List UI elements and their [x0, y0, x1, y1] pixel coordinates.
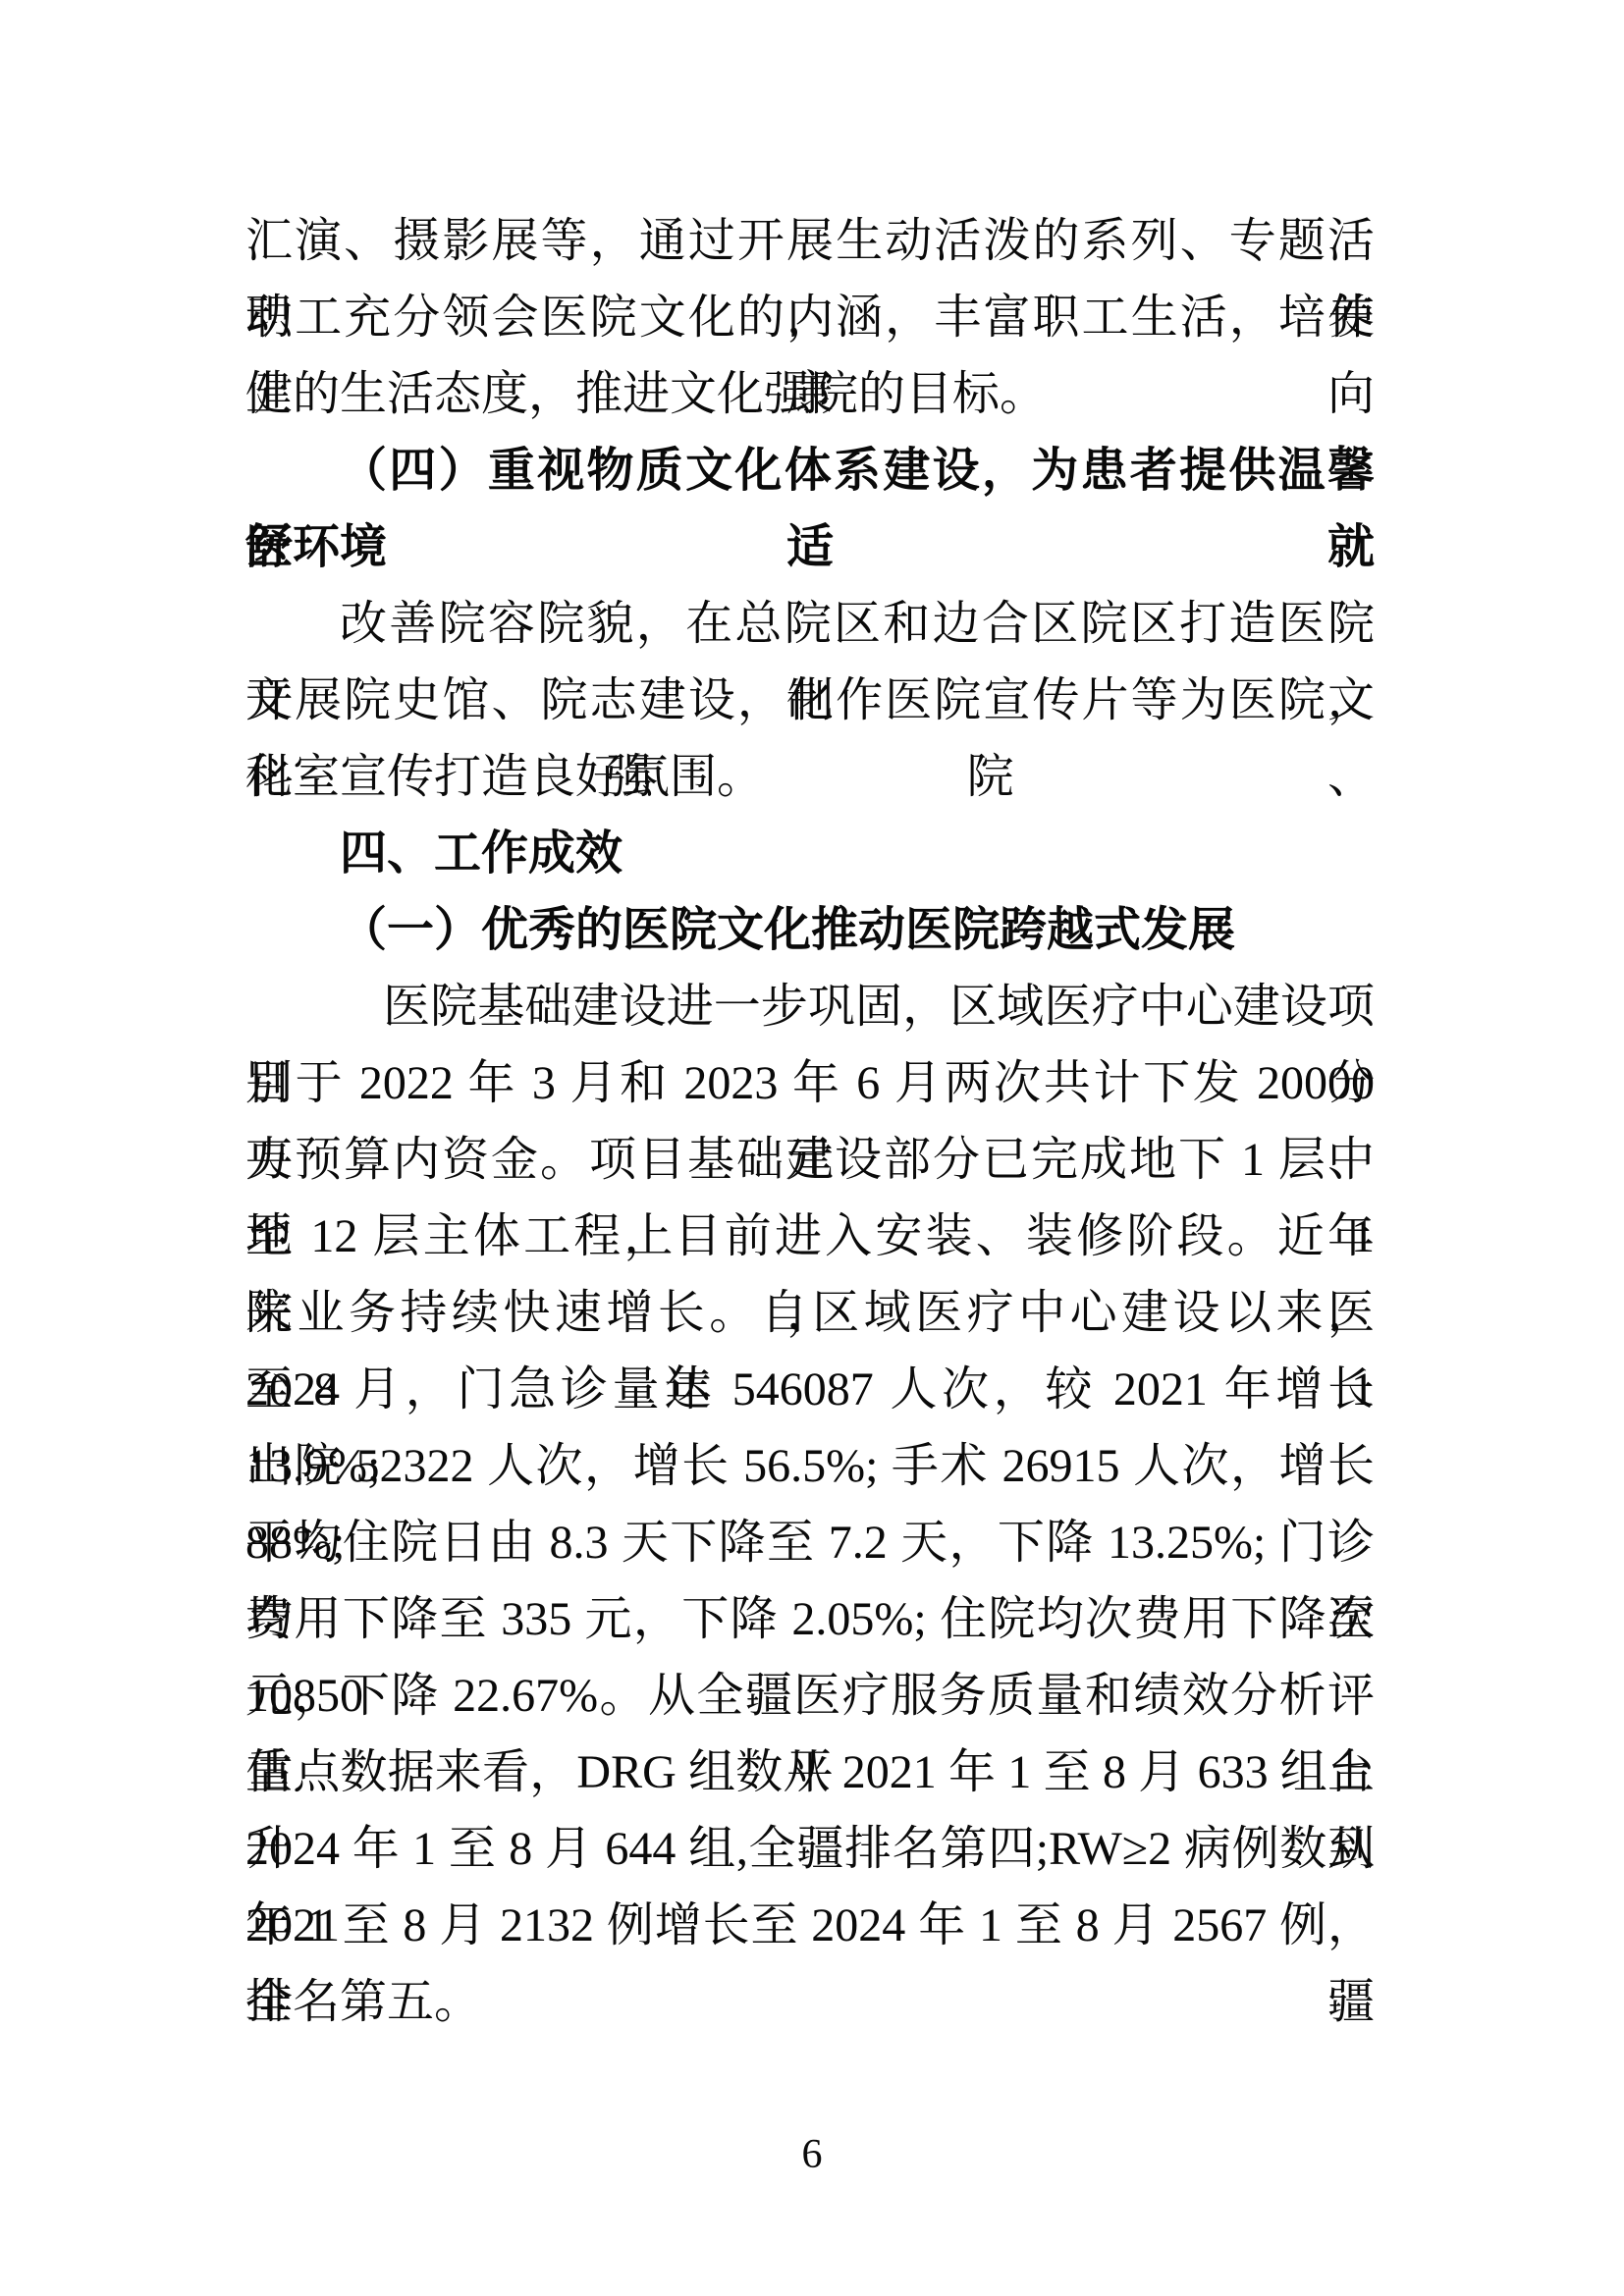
text-line: 汇演、摄影展等，通过开展生动活泼的系列、专题活动，使 — [245, 203, 1375, 280]
heading-excellent-culture: （一）优秀的医院文化推动医院跨越式发展 — [245, 892, 1375, 969]
document-page: 汇演、摄影展等，通过开展生动活泼的系列、专题活动，使 职工充分领会医院文化的内涵… — [0, 0, 1624, 2296]
page-body-text: 汇演、摄影展等，通过开展生动活泼的系列、专题活动，使 职工充分领会医院文化的内涵… — [245, 203, 1375, 2041]
text-line: 职工充分领会医院文化的内涵，丰富职工生活，培养健康向 — [245, 280, 1375, 356]
page-number: 6 — [0, 2116, 1624, 2193]
text-line: 元，下降 22.67%。从全疆医疗服务质量和绩效分析评估平台 — [245, 1658, 1375, 1735]
text-line: 平均住院日由 8.3 天下降至 7.2 天，下降 13.25%; 门诊均次 — [245, 1505, 1375, 1581]
heading-material-culture: （四）重视物质文化体系建设，为患者提供温馨舒适就 医环境 — [245, 433, 1375, 586]
text-line: 开展院史馆、院志建设，制作医院宣传片等为医院文化强院、 — [245, 663, 1375, 739]
text-line: 央预算内资金。项目基础建设部分已完成地下 1 层、地上 1 — [245, 1122, 1375, 1199]
text-line: 医院基础建设进一步巩固，区域医疗中心建设项目分 — [245, 969, 1375, 1045]
text-line: 出院 52322 人次，增长 56.5%; 手术 26915 人次，增长 88%… — [245, 1428, 1375, 1505]
text-line: 2024 年 1 至 8 月 644 组,全疆排名第四;RW≥2 病例数从 20… — [245, 1811, 1375, 1888]
heading-line: （四）重视物质文化体系建设，为患者提供温馨舒适就 — [245, 433, 1375, 509]
heading-line: 四、工作成效 — [245, 816, 1375, 892]
text-line: 至 8 月，门急诊量达 546087 人次，较 2021 年增长 13.9%; — [245, 1352, 1375, 1428]
para-culture-activities: 汇演、摄影展等，通过开展生动活泼的系列、专题活动，使 职工充分领会医院文化的内涵… — [245, 203, 1375, 433]
heading-line: （一）优秀的医院文化推动医院跨越式发展 — [245, 892, 1375, 969]
text-line: 年 1 至 8 月 2132 例增长至 2024 年 1 至 8 月 2567 … — [245, 1888, 1375, 1964]
text-line: 别于 2022 年 3 月和 2023 年 6 月两次共计下发 20000 万元… — [245, 1045, 1375, 1122]
heading-work-results: 四、工作成效 — [245, 816, 1375, 892]
text-line: 重点数据来看，DRG 组数从 2021 年 1 至 8 月 633 组上升到 — [245, 1735, 1375, 1811]
text-line: 费用下降至 335 元，下降 2.05%; 住院均次费用下降至 10850 — [245, 1581, 1375, 1658]
para-hospital-environment: 改善院容院貌，在总院区和边合区院区打造医院文化， 开展院史馆、院志建设，制作医院… — [245, 586, 1375, 816]
text-line: 至 12 层主体工程，目前进入安装、装修阶段。近年来，医 — [245, 1199, 1375, 1275]
text-line: 院业务持续快速增长。自区域医疗中心建设以来，2024 年 1 — [245, 1275, 1375, 1352]
text-line: 改善院容院貌，在总院区和边合区院区打造医院文化， — [245, 586, 1375, 663]
para-achievement-details: 医院基础建设进一步巩固，区域医疗中心建设项目分 别于 2022 年 3 月和 2… — [245, 969, 1375, 2041]
